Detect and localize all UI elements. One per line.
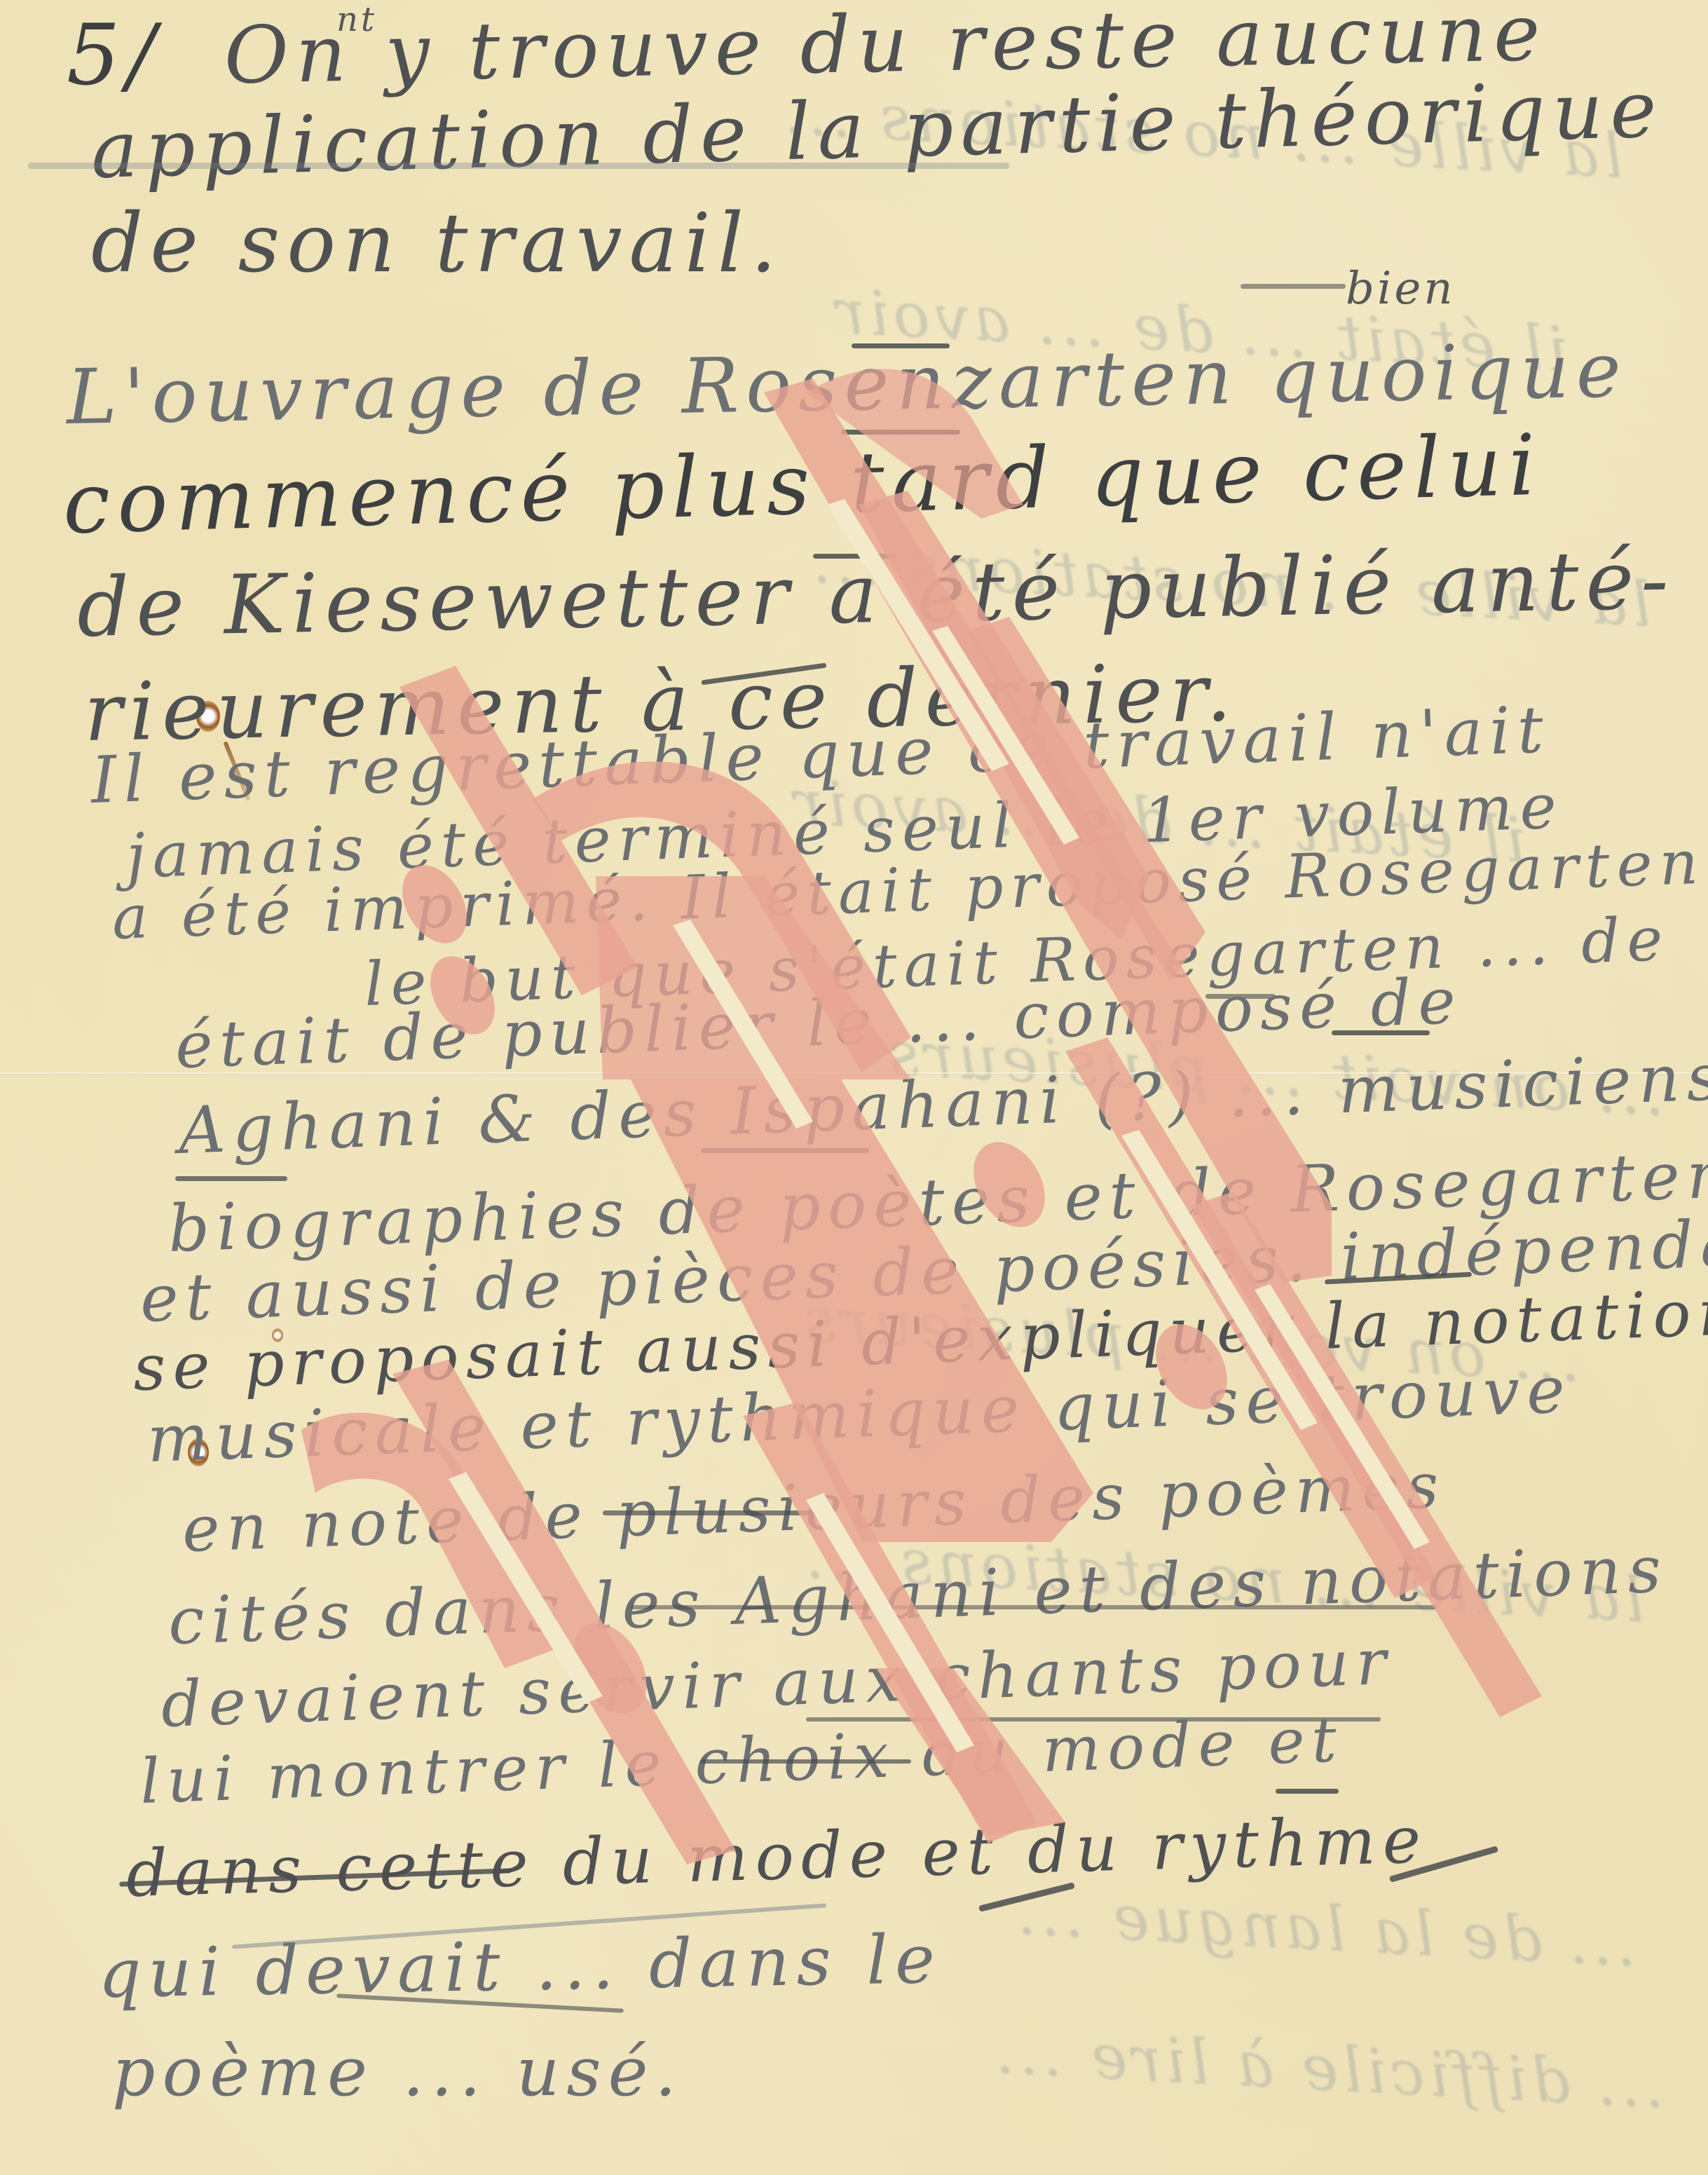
underline-stroke <box>701 1148 869 1153</box>
strike-stroke <box>813 554 897 559</box>
interlinear-word-bien: bien <box>1346 263 1456 315</box>
page-number: 5/ <box>67 7 163 104</box>
strike-stroke <box>841 430 960 435</box>
strike-stroke <box>631 1605 1437 1609</box>
manuscript-line-24: qui devait ... dans le <box>97 1920 943 2013</box>
manuscript-line-23: dans cette du mode et du rythme <box>125 1802 1429 1911</box>
superscript-insertion: nt <box>336 0 377 39</box>
strike-stroke <box>1241 284 1346 289</box>
manuscript-line-7: de Kiesewetter a été publié anté- <box>76 533 1676 655</box>
dash-stroke <box>1276 1789 1339 1794</box>
manuscript-line-3: de son travail. <box>91 196 784 291</box>
underline-stroke <box>175 1176 287 1181</box>
strike-stroke <box>603 1511 813 1515</box>
bleed-line: ... difficile à lire ... <box>990 2015 1667 2122</box>
strike-stroke <box>701 1759 911 1764</box>
manuscript-page: la ville ... no stations ... il était ..… <box>0 0 1708 2175</box>
manuscript-line-25: poème ... usé. <box>112 2033 683 2111</box>
bleed-line: ... de la langue ... <box>1012 1876 1639 1981</box>
bleed-stroke <box>28 163 1009 169</box>
underline-stroke <box>852 343 950 348</box>
